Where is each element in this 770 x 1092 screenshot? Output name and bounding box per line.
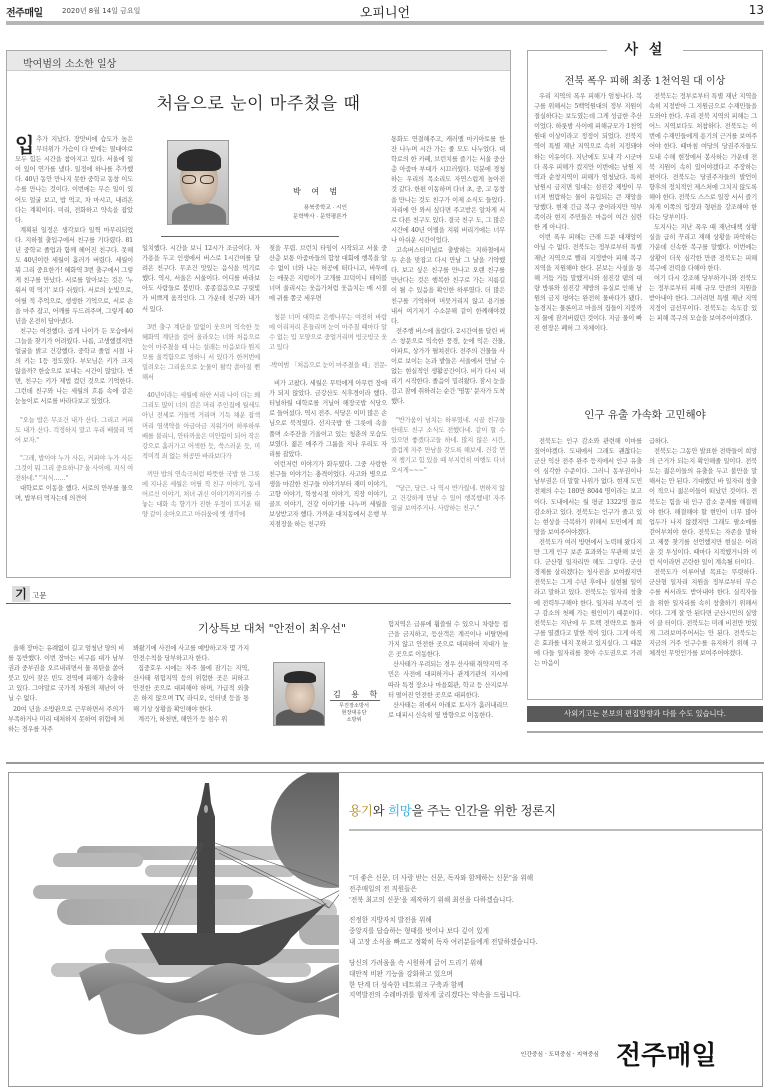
essay-paragraph: 대학로로 이동을 했다. 서로의 안부를 물으며, 밥부터 먹자는데 의견이 [15,484,133,504]
text-message: "당근, 당근. 나 역시 반가웠네. 변하지 않고 건강하게 만날 수 있어 … [391,484,505,514]
contributor-affiliation: 무진장소방서 현장대응단 소방위 [326,703,382,724]
contribution-paragraph: 험지역은 급류에 휩쓸릴 수 있으니 차량등 접근을 금지하고, 등산객은 계곡… [388,620,508,660]
essay-author-name: 박 여 범 [293,186,341,197]
section-title: 오피니언 [0,2,770,21]
ad-paragraph-3: 당신의 가려움을 속 시원하게 긁어 드리기 위해 대안적 비판 기능을 강화하… [349,958,521,1001]
essay-quote: "그래, 밥이야 누가 사든, 커피야 누가 사든 그것이 뭐 그리 중요하니?… [15,454,133,484]
essay-col-2: 일치했다. 시간을 보니 12시가 조금이다. 자가용을 두고 인생에서 버스로… [142,244,260,520]
essay-headline: 처음으로 눈이 마주쳤을 때 [7,89,510,114]
column-name: 박여범의 소소한 일상 [23,55,116,70]
essay-paragraph: 비가 고팠다. 세월은 무턱에게 아무런 장애가 되지 않았다. 금강산도 식후… [269,379,387,460]
editorial-2-col-1: 전북도는 인구 감소와 관련해 이마를 짚어야겠다. 도내에서 그래도 괜찮다는… [534,437,642,669]
contribution-col-1: 올해 장마는 유례없이 길고 엄청난 양의 비를 동반했다. 이번 장마는 비구… [8,644,124,735]
drop-cap: 입 [15,136,34,155]
ad-paragraph-2: 진정한 지방자치 발전을 위해 중앙지를 답습하는 형태를 벗어나 보다 깊이 … [349,915,538,947]
essay-paragraph: 일치했다. 시간을 보니 12시가 조금이다. 자가용을 두고 인생에서 버스로… [142,244,260,315]
ad-headline: 용기와 희망을 주는 인간을 위한 정론지 [349,801,556,819]
contribution-tag-big: 기 [12,586,30,602]
contribution-paragraph: 계곡가, 하천변, 해안가 등 침수 위 [133,715,249,725]
contribution-tag-small: 고문 [32,590,47,601]
essay-poem-stanza: 청문 너머 대학로 은행나무는 여전히 바람에 이리저리 흔들리며 눈이 마주칠… [269,313,387,353]
contribution-paragraph: 집중호우 시에는 자주 물에 잠기는 지역, 산사태 위험지역 등의 위험한 곳… [133,664,249,714]
ad-slogan: 인간중심 · 도덕중심 · 지역중심 [459,1049,599,1058]
essay-paragraph: 계획된 일정은 생각보다 일찍 마무리되었다. 지하철 출입구에서 친구를 기다… [15,226,133,327]
editorial-paragraph: 도지사는 지난 폭우 때 재난대책 상황실을 급히 꾸리고 재해 상황을 파악하… [649,223,757,273]
masthead-divider [6,21,764,25]
essay-poem-stanza: 40년이라는 세월에 하얀 서리 나이 더는 왜 그리도 많이 너의 검은 머리… [142,391,260,462]
ad-paragraph-1: "더 좋은 신문, 더 사랑 받는 신문, 독자와 함께하는 신문"을 위해 전… [349,873,533,905]
page-number: 13 [749,3,764,17]
essay-paragraph: 통화도 연결해주고, 캐러멜 마키아토를 한잔 나누며 시간 가는 줄 모도 나… [391,135,505,246]
photo-divider [161,236,339,237]
essay-author-affiliation-2: 문학박사 · 문학평론가 [237,213,347,222]
ad-divider [349,829,763,831]
editorial-paragraph: 이번 폭우 피해는 근래 드문 대재앙이 아닐 수 없다. 전북도는 정부로부터… [534,233,642,334]
author-photo [167,140,229,225]
column-tag: 박여범의 소소한 일상 [7,51,510,71]
essay-col-1: 입추가 지났다. 장맛비에 습도가 높은 무더위가 가슴이 다 받에는 열대야로… [15,135,133,504]
contribution-col-3: 험지역은 급류에 휩쓸릴 수 있으니 차량등 접근을 금지하고, 등산객은 계곡… [388,620,508,721]
contribution-paragraph: 산사태가 우려되는 경우 산사태 취약지역 주민은 사전에 대피하거나 관계기관… [388,660,508,700]
editorial-paragraph: 전북도는 정부로부터 특별 재난 지역을 속히 지정받아 그 지원금으로 수재민… [649,92,757,223]
essay-paragraph: 고속버스터미널로 출발하는 지하철에서 두 손을 맞잡고 다시 만날 그 날을 … [391,246,505,327]
editorial-1-col-1: 우리 지역의 폭우 피해가 엄청나다. 복구를 위해서는 5백억원대의 정부 지… [534,92,642,334]
right-divider [527,731,763,733]
contribution-headline: 기상특보 대처 "안전이 최우선" [6,620,346,636]
essay-paragraph: 전주행 버스에 올랐다. 2시간여를 달린 버스 창문으로 익숙한 풍경, 눈에… [391,327,505,408]
editorial-paragraph: 전북도는 그동안 발표한 전략들이 희망의 근거가 되는지 확인해줄 일이다. … [649,447,757,568]
essay-column: 박여범의 소소한 일상 처음으로 눈이 마주쳤을 때 박 여 범 용북중학교 ·… [6,50,511,578]
editorial-paragraph: 여기 다시 강조해 당부하거니와 전북도는 정부로부터 피해 규모 만큼의 지원… [649,274,757,324]
editorial-1-col-2: 전북도는 정부로부터 특별 재난 지역을 속히 지정받아 그 지원금으로 수재민… [649,92,757,324]
editorial-paragraph: 우리 지역의 폭우 피해가 엄청나다. 복구를 위해서는 5백억원대의 정부 지… [534,92,642,233]
contribution-col-2: 봐왔기에 사전에 사고를 예방하고자 몇 가지 안전수칙을 당부하고자 한다. … [133,644,249,725]
contribution-paragraph: 올해 장마는 유례없이 길고 엄청난 양의 비를 동반했다. 이번 장마는 비구… [8,644,124,705]
ship-illustration [9,773,339,1073]
contribution-paragraph: 산사태는 위에서 아래로 토사가 흘러내리므로 대피시 신속히 옆 방향으로 이… [388,701,508,721]
contributor-divider [330,700,380,701]
contribution-disclaimer: 사외기고는 본보의 편집방향과 다를 수도 있습니다. [527,706,763,722]
poem-credit: -박여범 「처음으로 눈이 마주쳤을 때」전문- [269,361,387,371]
contributor-name: 김 용 학 [333,689,381,700]
essay-poem-stanza: 3번 출구 계단을 말없이 웃으며 익숙한 듯 혜화역 계단을 걸어 올라오는 … [142,323,260,384]
essay-author-affiliation-1: 용북중학교 · 시인 [237,204,347,213]
essay-col-4: 통화도 연결해주고, 캐러멜 마키아토를 한잔 나누며 시간 가는 줄 모도 나… [391,135,505,514]
essay-lead: 입추가 지났다. 장맛비에 습도가 높은 무더위가 가슴이 다 받에는 열대야로… [15,135,133,226]
contribution-paragraph: 봐왔기에 사전에 사고를 예방하고자 몇 가지 안전수칙을 당부하고자 한다. [133,644,249,664]
house-ad: 용기와 희망을 주는 인간을 위한 정론지 "더 좋은 신문, 더 사랑 받는 … [8,772,763,1087]
text-message: "반가움이 넘치는 하루였네. 시골 친구들한테도 친구 소식도 전했다네. 같… [391,416,505,477]
essay-paragraph: 이런저런 이야기가 화두였다. 그중 사랑한 친구들 이야기는 충격이었다. 사… [269,460,387,531]
ad-logo: 전주매일 [616,1035,716,1072]
editorial-paragraph: 급하다. [649,437,757,447]
essay-poem-stanza: 끼만 밥의 연속극처럼 따뜻한 국밥 한 그릇에 지나온 세월은 어릴 적 친구… [142,470,260,520]
contribution-paragraph: 20여 년을 소방관으로 근무하면서 주의가 부족하거나 미리 대처하지 못하여… [8,705,124,735]
essay-paragraph: 친구는 여전했다. 곱게 나이가 든 모습에서 그늘을 찾기가 어려웠다. 나름… [15,327,133,408]
contributor-photo [273,662,325,726]
essay-col-3: 젖을 무렵. 브런치 타임이 시작되고 서울 중산층 보통 아줌마들의 합창 대… [269,244,387,530]
editorial-1-headline: 전북 폭우 피해 최종 1천억원 대 이상 [527,72,763,87]
editorial-2-col-2: 급하다. 전북도는 그동안 발표한 전략들이 희망의 근거가 되는지 확인해줄 … [649,437,757,659]
editorial-paragraph: 전북도는 인구 감소와 관련해 이마를 짚어야겠다. 도내에서 그래도 괜찮다는… [534,437,642,538]
contribution-tag: 기 고문 [6,586,511,604]
editorial-paragraph: 전북도가 여러 방면에서 노력해 왔다지만 그게 인구 보존 효과와는 무관해 … [534,538,642,669]
editorial-2-headline: 인구 유출 가속화 고민해야 [527,407,763,422]
essay-quote: "오늘 밥은 무조건 내가 산다. 그리고 커피도 내가 산다. 걱정하지 말고… [15,416,133,446]
essay-poem-stanza: 젖을 무렵. 브런치 타임이 시작되고 서울 중산층 보통 아줌마들의 합창 대… [269,244,387,305]
section-divider [6,762,764,764]
editorial-paragraph: 전북도가 이루어낼 목표는 뚜렷하다. 군산형 일자리 지원을 정부로부터 무슨… [649,568,757,659]
